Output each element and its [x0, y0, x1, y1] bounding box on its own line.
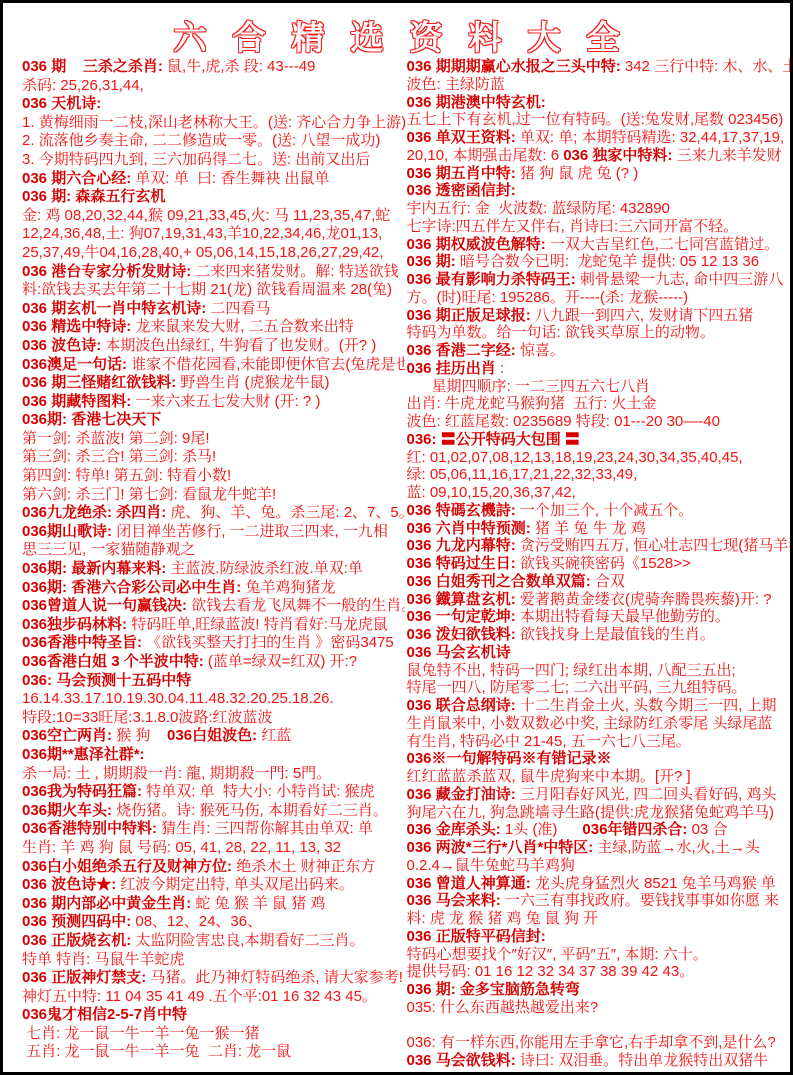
entry-text: 鼠兔特不出, 特码一四门; 绿红出本期, 八配三五出; — [407, 662, 736, 679]
text-line: 036 精选中特诗: 龙来鼠来发大财, 二五合数来出特 — [22, 318, 405, 337]
entry-heading: 036 马会欲钱料: — [407, 1052, 516, 1069]
text-line: 036 特碼玄機詩: 一个加三个, 十个减五个。 — [407, 502, 791, 520]
text-line: 鼠兔特不出, 特码一四门; 绿红出本期, 八配三五出; — [407, 662, 791, 680]
text-line: 036 期玄机一肖中特玄机诗: 二四看马 — [22, 300, 405, 319]
text-line: 036期: 最新内幕来料: 主蓝波.防绿波杀红波.单双:单 — [22, 560, 405, 579]
entry-heading: 036 天机诗: — [22, 95, 101, 112]
entry-text: 第六剑: 杀三门! 第七剑: 看鼠龙牛蛇羊! — [22, 486, 276, 503]
entry-heading: 036期: 香港七决天下 — [22, 411, 161, 428]
entry-text: 波色: 主绿防蓝 — [407, 76, 505, 93]
entry-text: 闭目禅坐苦修行, 一二进取三四来, 一九相 — [112, 523, 388, 540]
text-line: 特码为单数。给一句话: 欲钱买草原上的动物。 — [407, 324, 791, 342]
entry-text: 特段:10=33旺尾:3.1.8.0波路:红波蓝波 — [22, 709, 273, 726]
entry-text: 七肖: 龙一鼠一牛一羊一兔一猴一猪 — [22, 1025, 260, 1042]
entry-text: 野兽生肖 (虎猴龙牛鼠) — [176, 374, 329, 391]
entry-heading: 036 期期期赢心水报之三头中特: — [407, 58, 621, 75]
text-line: 生肖鼠来中, 小数双数必中奖, 主绿防红杀零尾 头绿尾蓝 — [407, 715, 791, 733]
text-line: 036 期: 金多宝脑筋急转弯 — [407, 981, 791, 999]
entry-text: 绝杀木土 财神正东方 — [232, 858, 375, 875]
left-column: 036 期 三杀之杀肖: 鼠,牛,虎,杀 段: 43---49杀码: 25,26… — [3, 58, 405, 1070]
entry-text: 08、12、24、36、 — [131, 913, 262, 930]
text-line: 036期**惠泽社群*: — [22, 746, 405, 765]
entry-text: 蛇 兔 猴 羊 鼠 猪 鸡 — [191, 895, 325, 912]
entry-text: 16.14.33.17.10.19.30.04.11.48.32.20.25.1… — [22, 690, 334, 707]
text-line: 3. 今期特码四九到, 三六加码得二七。送: 出前又出后 — [22, 151, 405, 170]
text-line: 2. 流落他乡奏主命, 二二修造成一零。(送: 八望一成功) — [22, 132, 405, 151]
entry-text: 三来九来羊发财 — [672, 147, 781, 164]
entry-text: 马猪。此乃神灯特码绝杀, 请大家参考! — [146, 969, 403, 986]
entry-text: 一个加三个, 十个减五个。 — [516, 502, 694, 519]
entry-heading: 036 藏金打油诗: — [407, 786, 516, 803]
entry-text: 12,24,36,48,土: 狗07,19,31,43,羊10,22,34,46… — [22, 225, 382, 242]
entry-heading: 036 六肖中特预测: — [407, 520, 531, 537]
text-line: 星期四顺序: 一二三四五六七八肖 — [407, 378, 791, 396]
entry-text: 狗尾六在九, 狗急跳墙寻生路(提供:虎龙猴猪兔蛇鸡羊马) — [407, 804, 775, 821]
text-line: 料: 虎 龙 猴 猪 鸡 兔 鼠 狗 开 — [407, 910, 791, 928]
entry-text: 本期出特看每天最早他勤劳的。 — [516, 608, 730, 625]
entry-heading: 036鬼才相信2-5-7肖中特 — [22, 1006, 187, 1023]
entry-heading: 036期: 最新内幕来料: — [22, 560, 166, 577]
text-line: 036 马会玄机诗 — [407, 644, 791, 662]
entry-heading: 036 最有影响力杀特码王: — [407, 271, 576, 288]
entry-text: 第一剑: 杀蓝波! 第二剑: 9尾! — [22, 430, 210, 447]
text-line: 036 两波*三行*八肖*中特区: 主绿,防蓝→水,火,土→头 — [407, 839, 791, 857]
entry-text: 宇内五行: 金 火波数: 蓝绿防尾: 432890 — [407, 200, 670, 217]
text-line: 035: 什么东西越热越爱出来? — [407, 999, 791, 1017]
entry-text: 合双 — [591, 573, 625, 590]
entry-text: 惊喜。 — [516, 342, 565, 359]
entry-text: 欲钱找身上是最值钱的生肖。 — [516, 626, 715, 643]
entry-text: 鼠,牛,虎,杀 段: 43---49 — [163, 58, 316, 75]
text-line: 五七上下有玄机,过一位有特码。(送:兔发财,尾数 023456) — [407, 111, 791, 129]
entry-heading: 036 泼妇欲钱料: — [407, 626, 516, 643]
entry-heading: 036期: 香港六合彩公司必中生肖: — [22, 579, 241, 596]
text-line: 036 期期期赢心水报之三头中特: 342 三行中特: 木、水、土 — [407, 58, 791, 76]
entry-heading: 036 波色诗: — [22, 337, 101, 354]
entry-heading: 036香港特别中特料: — [22, 820, 157, 837]
entry-heading: 036 期正版足球报: — [407, 307, 531, 324]
entry-text: 金: 鸡 08,20,32,44,猴 09,21,33,45,火: 马 11,2… — [22, 207, 390, 224]
entry-heading: 036 正版特平码信封: — [407, 928, 546, 945]
entry-text: 欲钱去看龙飞凤舞不一般的生肖。 — [187, 597, 404, 614]
entry-heading: 036 期 三杀之杀肖: — [22, 58, 163, 75]
entry-heading: 036白小姐绝杀五行及财神方位: — [22, 858, 232, 875]
text-line: 方。(时)旺尾: 195286。开----(杀: 龙猴-----) — [407, 289, 791, 307]
entry-text: 太监阴险害忠良,本期看好二三肖。 — [131, 932, 364, 949]
entry-text: 红蓝 — [257, 727, 291, 744]
entry-text: 25,37,49,牛04,16,28,40,+ 05,06,14,15,18,2… — [22, 244, 384, 261]
text-line: 036 泼妇欲钱料: 欲钱找身上是最值钱的生肖。 — [407, 626, 791, 644]
entry-heading: 036 特碼玄機詩: — [407, 502, 516, 519]
text-line: 036: 〓公开特码大包围 〓 — [407, 431, 791, 449]
entry-text: 红波今期定出特, 单头双尾出码来。 — [116, 876, 354, 893]
text-line: 七肖: 龙一鼠一牛一羊一兔一猴一猪 — [22, 1025, 405, 1044]
entry-heading: 036 透密函信封: — [407, 182, 516, 199]
text-line: 神灯五中特: 11 04 35 41 49 .五个平:01 16 32 43 4… — [22, 988, 405, 1007]
entry-text: 2. 流落他乡奏主命, 二二修造成一零。(送: 八望一成功) — [22, 132, 380, 149]
entry-text: 特码为单数。给一句话: 欲钱买草原上的动物。 — [407, 324, 715, 341]
entry-heading: 036 香港二字经: — [407, 342, 516, 359]
text-line: 16.14.33.17.10.19.30.04.11.48.32.20.25.1… — [22, 690, 405, 709]
entry-heading: 036 期: — [407, 253, 456, 270]
text-line: 036香港特别中特料: 猜生肖: 三四帮你解其由单双: 单 — [22, 820, 405, 839]
content-columns: 036 期 三杀之杀肖: 鼠,牛,虎,杀 段: 43---49杀码: 25,26… — [3, 58, 790, 1070]
text-line: 036 联合总纲诗: 十二生肖金土火, 头数今期三一四, 上期 — [407, 697, 791, 715]
text-line: 036 期藏特图料: 一来六来五七发大财 (开: ? ) — [22, 393, 405, 412]
text-line: 036 期: 暗号合数今已明: 龙蛇兔羊 提供: 05 12 13 36 — [407, 253, 791, 271]
text-line: 036 预测四码中: 08、12、24、36、 — [22, 913, 405, 932]
entry-text: 烧伤猪。诗: 猴死马伤, 本期看好二三肖。 — [112, 802, 388, 819]
entry-text: 036: 有一样东西,你能用左手拿它,右手却拿不到,是什么? — [407, 1034, 776, 1051]
text-line: 1. 黄梅细雨一二枝,深山老林称大王。(送: 齐心合力争上游) — [22, 114, 405, 133]
entry-text: 一双大吉呈红色,二七同宫蓝错过。 — [546, 236, 779, 253]
text-line: 036 挂历出肖 : — [407, 360, 791, 378]
entry-heading: 036 期权威波色解特: — [407, 236, 546, 253]
entry-text: 八九跟一到四六, 发财请下四五猪 — [531, 307, 754, 324]
text-line: 036: 有一样东西,你能用左手拿它,右手却拿不到,是什么? — [407, 1034, 791, 1052]
text-line: 036 曾道人神算通: 龙头虎身猛烈火 8521 兔羊马鸡猴 单 — [407, 875, 791, 893]
entry-heading: 036 白姐秀刊之合数单双篇: — [407, 573, 591, 590]
text-line: 036 鐵算盘玄机: 爱著鹅黄金缕衣(虎骑奔腾畏疾藜)开: ? — [407, 591, 791, 609]
entry-text: 杀码: 25,26,31,44, — [22, 77, 144, 94]
text-line: 036 特码过生日: 欲钱买碗筷密码《1528>> — [407, 555, 791, 573]
text-line: 036 波色诗★: 红波今期定出特, 单头双尾出码来。 — [22, 876, 405, 895]
entry-text: 出肖: 牛虎龙蛇马猴狗猪 五行: 火土金 — [407, 395, 657, 412]
entry-text: 单双: 单; 本期特码精选: 32,44,17,37,19, — [516, 129, 784, 146]
entry-heading: 036 曾道人神算通: — [407, 875, 531, 892]
entry-text: (蓝单=绿双=红双) 开:? — [204, 653, 357, 670]
text-line: 狗尾六在九, 狗急跳墙寻生路(提供:虎龙猴猪兔蛇鸡羊马) — [407, 804, 791, 822]
entry-heading: 036 马会玄机诗 — [407, 644, 511, 661]
entry-heading: 036 港台专家分析发财诗: — [22, 263, 191, 280]
text-line: 特码心想要找个″好汉″, 平码″五″, 本期: 六十。 — [407, 946, 791, 964]
page-title: 六合精选资料大全 — [3, 12, 790, 54]
entry-heading: 036 预测四码中: — [22, 913, 131, 930]
entry-heading: 036年错四杀合: — [582, 821, 687, 838]
entry-text: 《欲钱买整天打扫的生肖 》密码3475 — [142, 634, 394, 651]
text-line: 036 期三怪赌红欲钱料: 野兽生肖 (虎猴龙牛鼠) — [22, 374, 405, 393]
entry-text: 特码心想要找个″好汉″, 平码″五″, 本期: 六十。 — [407, 946, 708, 963]
text-line: 036 波色诗: 本期波色出绿红, 牛狗看了也发财。(开? ) — [22, 337, 405, 356]
text-line: 宇内五行: 金 火波数: 蓝绿防尾: 432890 — [407, 200, 791, 218]
text-line: 有生肖, 特码必中 21-45, 五一六七八三尾。 — [407, 733, 791, 751]
text-line: 036 最有影响力杀特码王: 刺骨悬梁一九志, 命中四三游八 — [407, 271, 791, 289]
entry-text: 料: 虎 龙 猴 猪 鸡 兔 鼠 狗 开 — [407, 910, 599, 927]
entry-text: 刺骨悬梁一九志, 命中四三游八 — [576, 271, 784, 288]
entry-text: 猴 狗 — [112, 727, 167, 744]
text-line: 25,37,49,牛04,16,28,40,+ 05,06,14,15,18,2… — [22, 244, 405, 263]
entry-text: 主绿,防蓝→水,火,土→头 — [593, 839, 760, 856]
entry-text: 特码旺单,旺绿蓝波! 特肖看好:马龙虎鼠 — [127, 616, 388, 633]
text-line: 第四剑: 特单! 第五剑: 特看小数! — [22, 467, 405, 486]
entry-text: 龙来鼠来发大财, 二五合数来出特 — [131, 318, 354, 335]
entry-text: 20,10, 本期强击尾数: 6 — [407, 147, 564, 164]
text-line: 0.2.4→鼠牛兔蛇马羊鸡狗 — [407, 857, 791, 875]
entry-text: 谁家不借花园看,未能即便休官去(兔虎是也) — [127, 356, 404, 373]
entry-heading: 036 正版神灯禁支: — [22, 969, 146, 986]
entry-text: 贪污受贿四五万, 恒心壮志四七现(猪马羊狗) — [516, 537, 790, 554]
entry-text: 1头 (准) — [501, 821, 583, 838]
entry-heading: 036香港中特圣旨: — [22, 634, 142, 651]
entry-heading: 036 精选中特诗: — [22, 318, 131, 335]
text-line: 第三剑: 杀三合! 第三剑: 杀马! — [22, 448, 405, 467]
entry-text: 二四看马 — [206, 300, 270, 317]
text-line: 036 期 三杀之杀肖: 鼠,牛,虎,杀 段: 43---49 — [22, 58, 405, 77]
entry-heading: 036: 马会预测十五码中特 — [22, 672, 191, 689]
entry-heading: 036: 〓公开特码大包围 〓 — [407, 431, 580, 448]
entry-text: 五七上下有玄机,过一位有特码。(送:兔发财,尾数 023456) — [407, 111, 784, 128]
text-line: 036白小姐绝杀五行及财神方位: 绝杀木土 财神正东方 — [22, 858, 405, 877]
text-line: 料:欲钱去买去年第二十七期 21(龙) 欲钱看周温来 28(兔) — [22, 281, 405, 300]
text-line: 036 香港二字经: 惊喜。 — [407, 342, 791, 360]
text-line: 杀一局: 土 , 期期殺一肖: 龍, 期期殺一門: 5門。 — [22, 765, 405, 784]
entry-heading: 036香港白姐 3 个半波中特: — [22, 653, 204, 670]
entry-heading: 036澳足一句话: — [22, 356, 127, 373]
text-line: 20,10, 本期强击尾数: 6 036 独家中特料: 三来九来羊发财 — [407, 147, 791, 165]
text-line: 12,24,36,48,土: 狗07,19,31,43,羊10,22,34,46… — [22, 225, 405, 244]
entry-text: 特单 特肖: 马鼠牛羊蛇虎 — [22, 951, 185, 968]
entry-text: 蓝: 09,10,15,20,36,37,42, — [407, 484, 576, 501]
entry-heading: 036白姐波色: — [167, 727, 257, 744]
text-line: 红: 01,02,07,08,12,13,18,19,23,24,30,34,3… — [407, 449, 791, 467]
entry-text: 第三剑: 杀三合! 第三剑: 杀马! — [22, 448, 216, 465]
text-line: 蓝: 09,10,15,20,36,37,42, — [407, 484, 791, 502]
entry-heading: 036 期内部必中黄金生肖: — [22, 895, 191, 912]
entry-text: 龙头虎身猛烈火 8521 兔羊马鸡猴 单 — [531, 875, 776, 892]
entry-heading: 036 马会来料: — [407, 892, 501, 909]
entry-text: 料:欲钱去买去年第二十七期 21(龙) 欲钱看周温来 28(兔) — [22, 281, 392, 298]
text-line: 第一剑: 杀蓝波! 第二剑: 9尾! — [22, 430, 405, 449]
entry-text: 七字诗:四五伴左又伴右, 肖诗曰:三六同开富不轻。 — [407, 218, 739, 235]
text-line: 036 藏金打油诗: 三月阳春好风光, 四二回头看好码, 鸡头 — [407, 786, 791, 804]
entry-heading: 036 期六合心经: — [22, 170, 131, 187]
entry-heading: 036 期五肖中特: — [407, 165, 516, 182]
text-line: 特尾一四八, 防尾零二七; 二六出平码, 三九组特码。 — [407, 679, 791, 697]
text-line: 波色: 红蓝尾数: 0235689 特段: 01---20 30—-40 — [407, 413, 791, 431]
entry-text: 虎、狗、羊、兔。杀三尾: 2、7、5。 — [166, 504, 404, 521]
entry-text: 兔羊鸡狗猪龙 — [241, 579, 335, 596]
entry-text: 生肖鼠来中, 小数双数必中奖, 主绿防红杀零尾 头绿尾蓝 — [407, 715, 773, 732]
entry-heading: 036 期: 森森五行玄机 — [22, 188, 165, 205]
text-line: 036期: 香港七决天下 — [22, 411, 405, 430]
text-line: 036澳足一句话: 谁家不借花园看,未能即便休官去(兔虎是也) — [22, 356, 405, 375]
text-line: 第六剑: 杀三门! 第七剑: 看鼠龙牛蛇羊! — [22, 486, 405, 505]
text-line: 五肖: 龙一鼠一牛一羊一兔 二肖: 龙一鼠 — [22, 1043, 405, 1062]
entry-heading: 036 波色诗★: — [22, 876, 116, 893]
entry-heading: 036 挂历出肖 — [407, 360, 496, 377]
text-line — [407, 1017, 791, 1035]
text-line: 036期山歌诗: 闭目禅坐苦修行, 一二进取三四来, 一九相 — [22, 523, 405, 542]
entry-heading: 036 鐵算盘玄机: — [407, 591, 516, 608]
entry-heading: 036 单双王资料: — [407, 129, 516, 146]
text-line: 036 白姐秀刊之合数单双篇: 合双 — [407, 573, 791, 591]
entry-text: 爱著鹅黄金缕衣(虎骑奔腾畏疾藜)开: ? — [516, 591, 772, 608]
entry-text: 提供号码: 01 16 12 32 34 37 38 39 42 43。 — [407, 963, 695, 980]
entry-heading: 036曾道人说一句赢钱决: — [22, 597, 187, 614]
entry-heading: 036空亡两肖: — [22, 727, 112, 744]
entry-text: 神灯五中特: 11 04 35 41 49 .五个平:01 16 32 43 4… — [22, 988, 377, 1005]
entry-text: 星期四顺序: 一二三四五六七八肖 — [407, 378, 650, 395]
text-line: 036 一句定乾坤: 本期出特看每天最早他勤劳的。 — [407, 608, 791, 626]
entry-text: 欲钱买碗筷密码《1528>> — [516, 555, 691, 572]
entry-text: 绿: 05,06,11,16,17,21,22,32,33,49, — [407, 466, 638, 483]
entry-text: 二来四来猪发财。解: 特送欲钱 — [191, 263, 399, 280]
entry-text: : — [496, 360, 504, 377]
text-line: 036 期港澳中特玄机: — [407, 94, 791, 112]
text-line: 杀码: 25,26,31,44, — [22, 77, 405, 96]
text-line: 036 马会来料: 一六三有事找政府。要钱找事事如你愿 来 — [407, 892, 791, 910]
text-line: 036期: 香港六合彩公司必中生肖: 兔羊鸡狗猪龙 — [22, 579, 405, 598]
entry-text: 第四剑: 特单! 第五剑: 特看小数! — [22, 467, 231, 484]
entry-text: 0.2.4→鼠牛兔蛇马羊鸡狗 — [407, 857, 575, 874]
entry-heading: 036 金库杀头: — [407, 821, 501, 838]
text-line: 生肖: 羊 鸡 狗 鼠 号码: 05, 41, 28, 22, 11, 13, … — [22, 839, 405, 858]
text-line: 036 期六合心经: 单双: 单 曰: 香生舞袂 出鼠单 — [22, 170, 405, 189]
text-line: 036 金库杀头: 1头 (准) 036年错四杀合: 03 合 — [407, 821, 791, 839]
entry-text: 本期波色出绿红, 牛狗看了也发财。(开? ) — [101, 337, 376, 354]
entry-text: 1. 黄梅细雨一二枝,深山老林称大王。(送: 齐心合力争上游) — [22, 114, 405, 131]
text-line: 036鬼才相信2-5-7肖中特 — [22, 1006, 405, 1025]
text-line: 036 期: 森森五行玄机 — [22, 188, 405, 207]
text-line: 036 六肖中特预测: 猪 羊 兔 牛 龙 鸡 — [407, 520, 791, 538]
entry-heading: 036期火车头: — [22, 802, 112, 819]
entry-text: 猪 羊 兔 牛 龙 鸡 — [531, 520, 646, 537]
entry-heading: 036期**惠泽社群*: — [22, 746, 145, 763]
entry-text: 有生肖, 特码必中 21-45, 五一六七八三尾。 — [407, 733, 691, 750]
entry-heading: 036 期玄机一肖中特玄机诗: — [22, 300, 206, 317]
entry-text: 猪 狗 鼠 虎 兔 (? ) — [516, 165, 639, 182]
text-line: 036 期五肖中特: 猪 狗 鼠 虎 兔 (? ) — [407, 165, 791, 183]
text-line: 036空亡两肖: 猴 狗 036白姐波色: 红蓝 — [22, 727, 405, 746]
entry-text: 特单双: 单 特大小: 小特肖试: 猴虎 — [142, 783, 375, 800]
text-line: 特段:10=33旺尾:3.1.8.0波路:红波蓝波 — [22, 709, 405, 728]
entry-heading: 036 期: 金多宝脑筋急转弯 — [407, 981, 580, 998]
entry-text: 3. 今期特码四九到, 三六加码得二七。送: 出前又出后 — [22, 151, 370, 168]
entry-heading: 036 期三怪赌红欲钱料: — [22, 374, 176, 391]
lottery-info-sheet: 六合精选资料大全 036 期 三杀之杀肖: 鼠,牛,虎,杀 段: 43---49… — [0, 0, 793, 1075]
entry-heading: 036 期藏特图料: — [22, 393, 131, 410]
entry-text: 暗号合数今已明: 龙蛇兔羊 提供: 05 12 13 36 — [456, 253, 759, 270]
text-line: 036 港台专家分析发财诗: 二来四来猪发财。解: 特送欲钱 — [22, 263, 405, 282]
entry-heading: 036期山歌诗: — [22, 523, 112, 540]
entry-text: 诗曰: 双泪垂。特出单龙猴特出双猪牛 — [516, 1052, 769, 1069]
entry-text: 波色: 红蓝尾数: 0235689 特段: 01---20 30—-40 — [407, 413, 720, 430]
entry-text: 单双: 单 曰: 香生舞袂 出鼠单 — [131, 170, 329, 187]
entry-text: 特尾一四八, 防尾零二七; 二六出平码, 三九组特码。 — [407, 679, 747, 696]
entry-text: 方。(时)旺尾: 195286。开----(杀: 龙猴-----) — [407, 289, 689, 306]
entry-heading: 036 两波*三行*八肖*中特区: — [407, 839, 594, 856]
text-line: 036 期内部必中黄金生肖: 蛇 兔 猴 羊 鼠 猪 鸡 — [22, 895, 405, 914]
entry-text: 十二生肖金土火, 头数今期三一四, 上期 — [516, 697, 777, 714]
text-line: 036 天机诗: — [22, 95, 405, 114]
entry-text: 红红蓝蓝杀蓝双, 鼠牛虎狗来中本期。[开? ] — [407, 768, 691, 785]
entry-heading: 036 九龙内幕特: — [407, 537, 516, 554]
text-line: 036九龙绝杀: 杀四肖: 虎、狗、羊、兔。杀三尾: 2、7、5。 — [22, 504, 405, 523]
entry-text: 三月阳春好风光, 四二回头看好码, 鸡头 — [516, 786, 777, 803]
text-line: 特单 特肖: 马鼠牛羊蛇虎 — [22, 951, 405, 970]
text-line: 金: 鸡 08,20,32,44,猴 09,21,33,45,火: 马 11,2… — [22, 207, 405, 226]
text-line: 036 九龙内幕特: 贪污受贿四五万, 恒心壮志四七现(猪马羊狗) — [407, 537, 791, 555]
text-line: 036 期正版足球报: 八九跟一到四六, 发财请下四五猪 — [407, 307, 791, 325]
text-line: 036 单双王资料: 单双: 单; 本期特码精选: 32,44,17,37,19… — [407, 129, 791, 147]
text-line: 出肖: 牛虎龙蛇马猴狗猪 五行: 火土金 — [407, 395, 791, 413]
text-line: 036香港中特圣旨: 《欲钱买整天打扫的生肖 》密码3475 — [22, 634, 405, 653]
entry-text: 一来六来五七发大财 (开: ? ) — [131, 393, 320, 410]
right-column: 036 期期期赢心水报之三头中特: 342 三行中特: 木、水、土波色: 主绿防… — [405, 58, 791, 1070]
entry-text: 03 合 — [687, 821, 727, 838]
entry-heading: 036 一句定乾坤: — [407, 608, 516, 625]
text-line: 七字诗:四五伴左又伴右, 肖诗曰:三六同开富不轻。 — [407, 218, 791, 236]
entry-text: 思三三见, 一家猫随静观之 — [22, 541, 195, 558]
entry-heading: 036九龙绝杀: 杀四肖: — [22, 504, 166, 521]
entry-heading: 036 期港澳中特玄机: — [407, 94, 546, 111]
text-line: 036 正版神灯禁支: 马猪。此乃神灯特码绝杀, 请大家参考! — [22, 969, 405, 988]
text-line: 036 期权威波色解特: 一双大吉呈红色,二七同宫蓝错过。 — [407, 236, 791, 254]
entry-heading: 036我为特码狂篇: — [22, 783, 142, 800]
entry-text: 猜生肖: 三四帮你解其由单双: 单 — [157, 820, 373, 837]
text-line: 036期火车头: 烧伤猪。诗: 猴死马伤, 本期看好二三肖。 — [22, 802, 405, 821]
entry-text: 342 三行中特: 木、水、土 — [621, 58, 790, 75]
text-line: 绿: 05,06,11,16,17,21,22,32,33,49, — [407, 466, 791, 484]
text-line: 036独步码林料: 特码旺单,旺绿蓝波! 特肖看好:马龙虎鼠 — [22, 616, 405, 635]
entry-heading: 036 独家中特料: — [563, 147, 672, 164]
text-line: 036: 马会预测十五码中特 — [22, 672, 405, 691]
entry-text: 主蓝波.防绿波杀红波.单双:单 — [166, 560, 363, 577]
entry-heading: 036独步码林料: — [22, 616, 127, 633]
text-line: 036 透密函信封: — [407, 182, 791, 200]
text-line: 036曾道人说一句赢钱决: 欲钱去看龙飞凤舞不一般的生肖。 — [22, 597, 405, 616]
text-line: 036※一句解特码※有错记录※ — [407, 750, 791, 768]
entry-heading: 036※一句解特码※有错记录※ — [407, 750, 612, 767]
entry-text: 红: 01,02,07,08,12,13,18,19,23,24,30,34,3… — [407, 449, 743, 466]
entry-text: 一六三有事找政府。要钱找事事如你愿 来 — [501, 892, 779, 909]
text-line: 036香港白姐 3 个半波中特: (蓝单=绿双=红双) 开:? — [22, 653, 405, 672]
text-line: 036 正版特平码信封: — [407, 928, 791, 946]
text-line: 036 马会欲钱料: 诗曰: 双泪垂。特出单龙猴特出双猪牛 — [407, 1052, 791, 1070]
text-line: 036我为特码狂篇: 特单双: 单 特大小: 小特肖试: 猴虎 — [22, 783, 405, 802]
text-line: 思三三见, 一家猫随静观之 — [22, 541, 405, 560]
entry-heading: 036 正版烧玄机: — [22, 932, 131, 949]
text-line: 波色: 主绿防蓝 — [407, 76, 791, 94]
text-line: 036 正版烧玄机: 太监阴险害忠良,本期看好二三肖。 — [22, 932, 405, 951]
text-line: 红红蓝蓝杀蓝双, 鼠牛虎狗来中本期。[开? ] — [407, 768, 791, 786]
entry-heading: 036 联合总纲诗: — [407, 697, 516, 714]
entry-text: 035: 什么东西越热越爱出来? — [407, 999, 599, 1016]
entry-text: 杀一局: 土 , 期期殺一肖: 龍, 期期殺一門: 5門。 — [22, 765, 331, 782]
entry-text: 生肖: 羊 鸡 狗 鼠 号码: 05, 41, 28, 22, 11, 13, … — [22, 839, 341, 856]
entry-heading: 036 特码过生日: — [407, 555, 516, 572]
entry-text: 五肖: 龙一鼠一牛一羊一兔 二肖: 龙一鼠 — [22, 1043, 291, 1060]
text-line: 提供号码: 01 16 12 32 34 37 38 39 42 43。 — [407, 963, 791, 981]
